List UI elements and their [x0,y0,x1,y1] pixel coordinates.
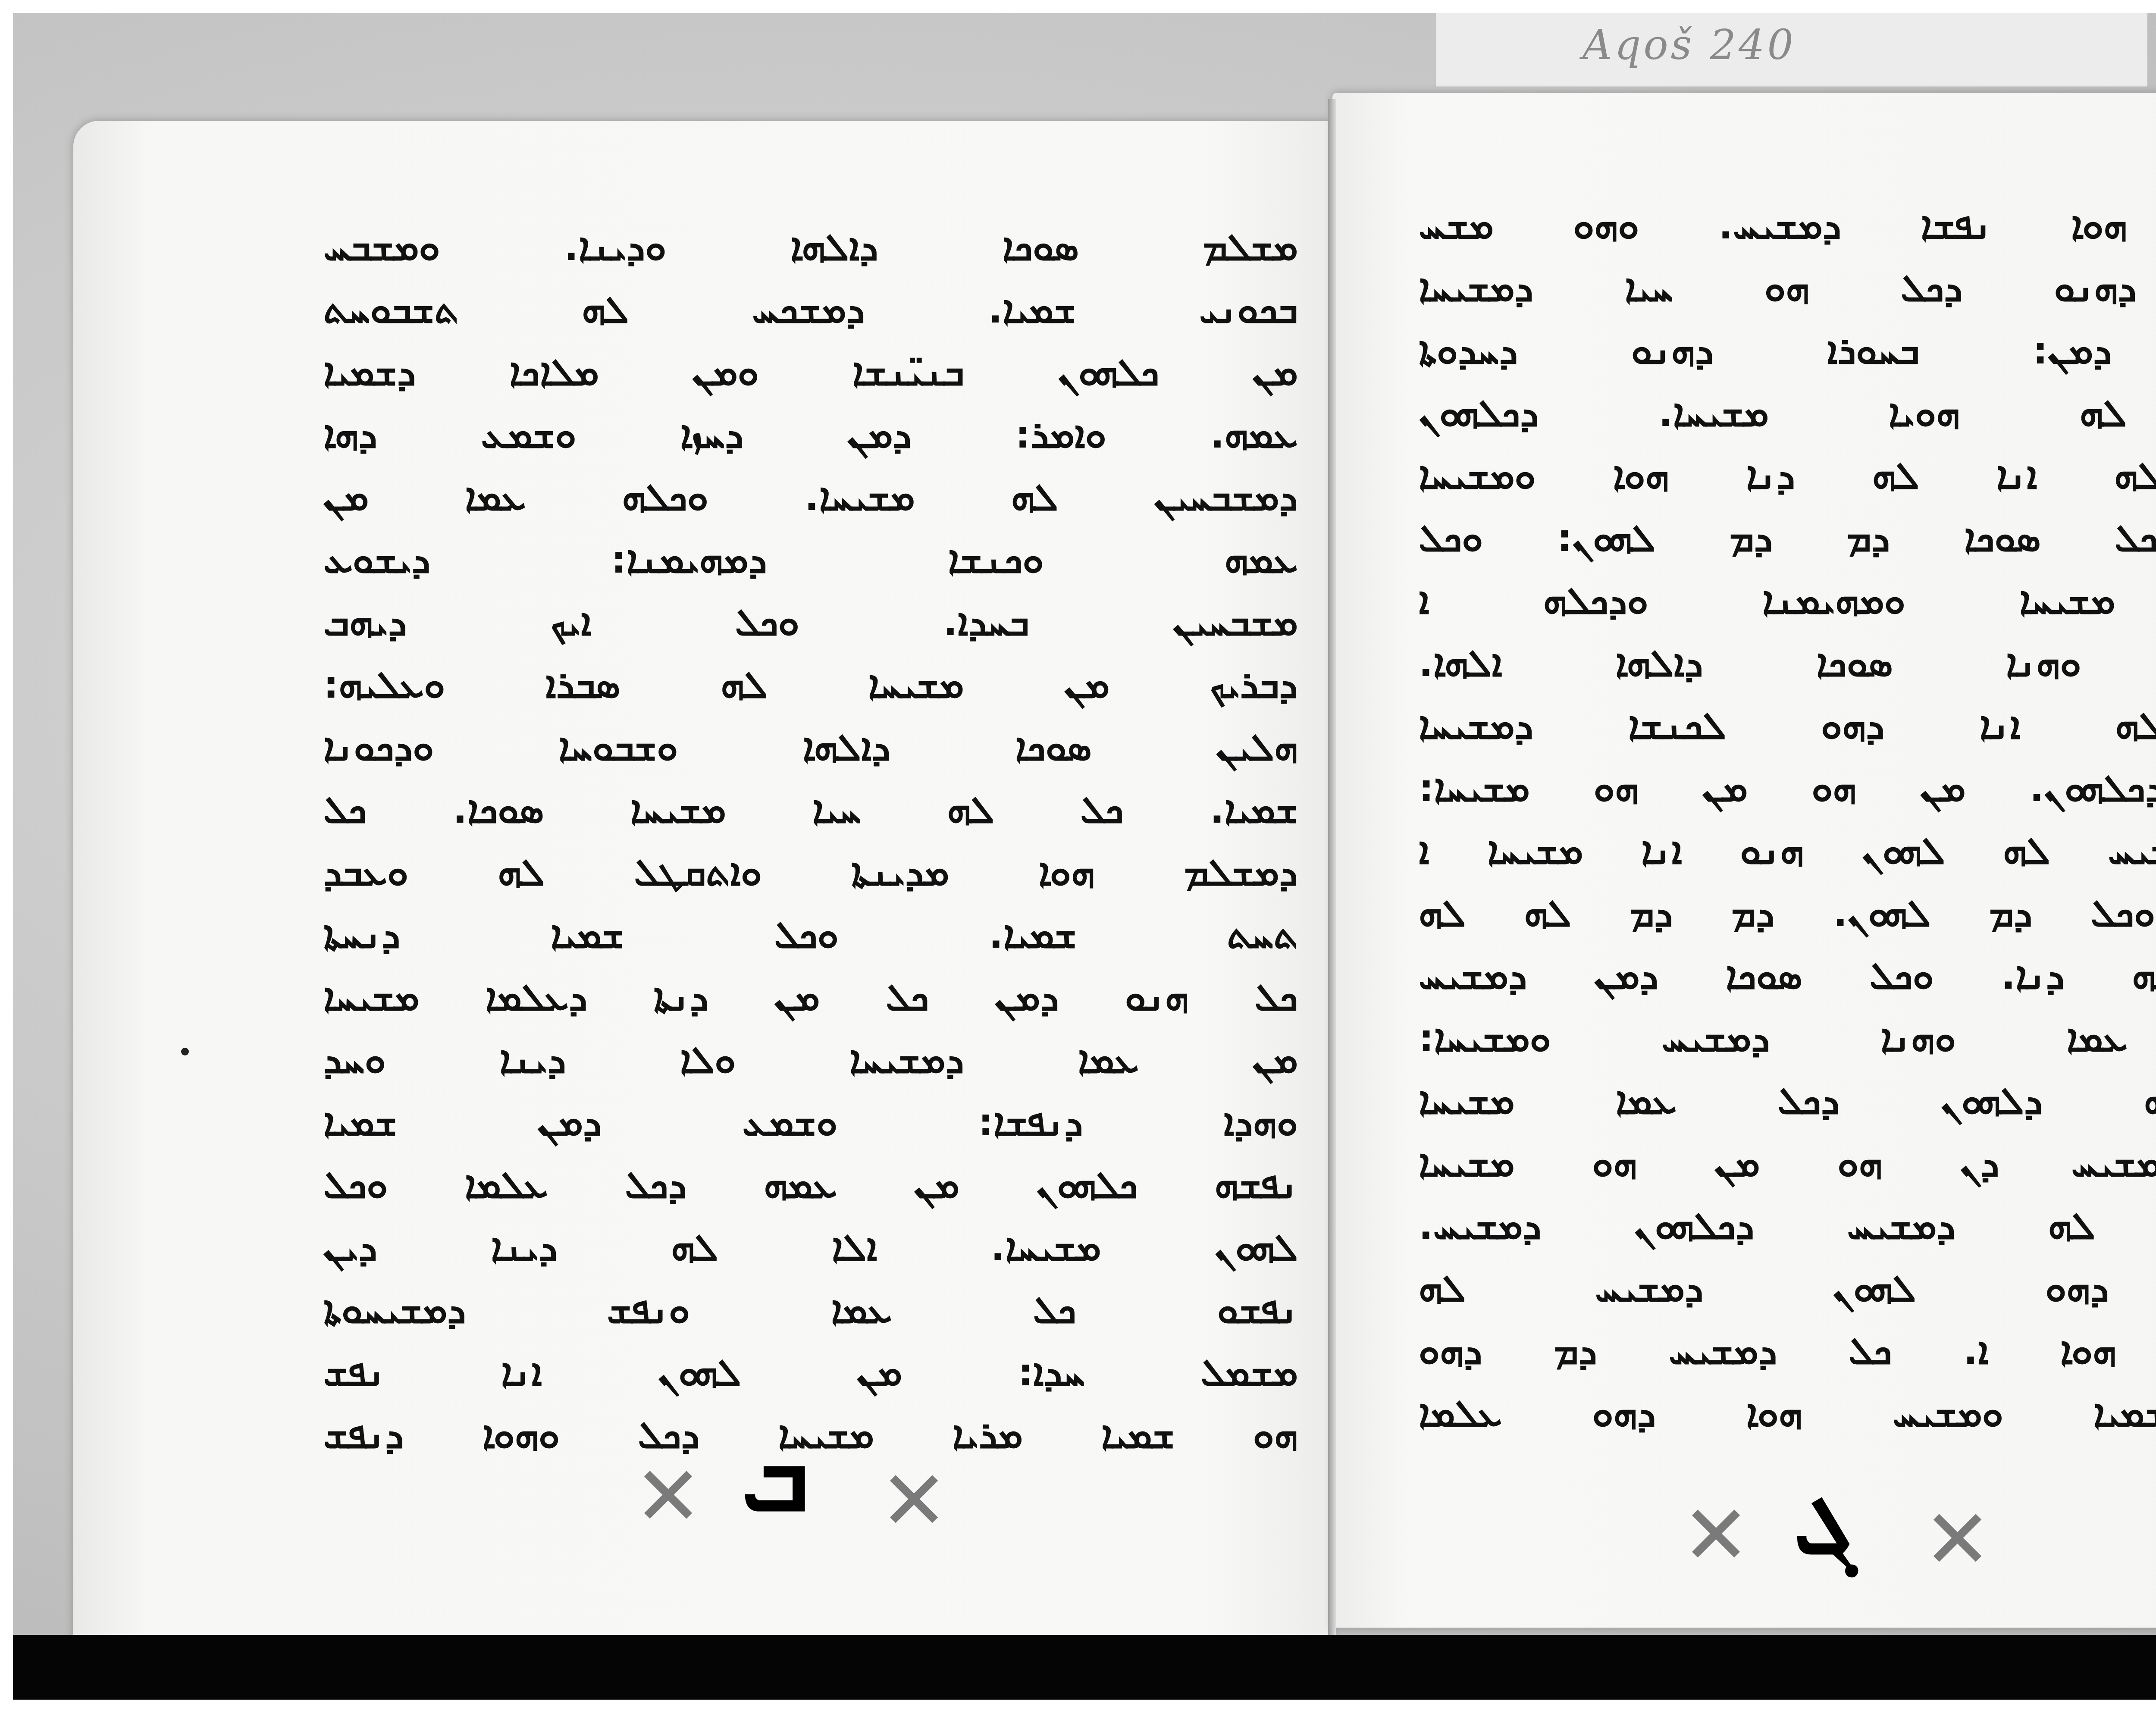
text-line: ܗܠܝܢ ܣܘܟܐ ܕܐܠܗܐ ܘܫܒܘܚܐ ܘܕܟܘܢܐ [323,716,1298,778]
text-line: ܕܡܫܠܡ ܗܘܐ ܡܕܝܢܬܐ ܘܐܬܩܛܠ ܠܗ ܘܥܒܕ [323,841,1298,903]
text-line: ܐ ܠܗ ܕܠܗܘܢ ܕܟܠ ܥܡܐ ܡܫܝܚܐ [1419,1069,2156,1132]
text-line: ܘܟܠ ܕܗܘ ܠܗܘܢ ܕܡܫܝܚ ܠܗ [1419,1257,2156,1319]
text-line: ܗܘ ܫܡܝܐ ܡܪܝܐ ܡܫܝܚܐ ܕܟܠ ܘܗܘܐ ܕܢܦܫ [323,1403,1298,1466]
text-line: ܘܗܘܐ ܕܡܢ: ܒܚܘܪܐ ܕܗܢܘ ܕܚܕܘܬܐ [1419,319,2156,382]
text-line: ܟܠ ܗܢܘ ܕܡܢ ܟܠ ܡܢ ܕܢܬܐ ܕܥܠܡܐ ܡܫܝܚܐ [323,966,1298,1028]
text-line: ܐܠܐ ܕܡܫܝܚ ܕܢ ܗܘ ܡܢ ܗܘ ܡܫܝܚܐ [1419,1132,2156,1194]
text-line: ܡܢ ܫܡܝܐ ܘܡܫܝܚ ܗܘܐ ܕܗܘ ܥܠܡܐ [1419,1382,2156,1444]
text-line: ܫܡܝܐ. ܟܠ ܠܗ ܚܝܐ ܡܫܝܚܐ ܣܘܟܐ. ܟܠ [323,778,1298,841]
text-line: ܡܫܠܡ [1419,1444,2156,1507]
right-page-text: ܡܫܝܚܐ ܗܘܐ ܢܦܫܐ ܕܡܫܝܚ. ܘܗܘ ܡܫܚ ܟܢܫܐ ܕܗܢܘ … [1419,194,2156,1507]
text-line: ܕܡܫܒܚܝܢ ܠܗ ܡܫܝܚܐ. ܘܟܠܗ ܥܡܐ ܡܢ [323,466,1298,528]
text-line: ܕܡܫܝܚܐ ܠܗ ܕܡܫܝܚ ܕܟܠܗܘܢ ܕܡܫܝܚ. [1419,1194,2156,1257]
text-line: ܥܡܗ ܘܟܢܫܐ ܕܡܗܝܡܢܐ: ܕܝܫܘܥ [323,528,1298,591]
ornament-cross-icon: ✕ [634,1449,702,1544]
text-line: ܗܘܐ ܠܗ ܗܘܝܐ ܡܫܝܚܐ. ܕܟܠܗܘܢ [1419,382,2156,444]
text-line: ܡܫܠܡ ܣܘܟܐ ܕܐܠܗܐ ܘܕܝܢܐ. ܘܡܫܒܚ [323,216,1298,278]
left-page-text: ܡܫܠܡ ܣܘܟܐ ܕܐܠܗܐ ܘܕܝܢܐ. ܘܡܫܒܚ ܒܟܘܢܝ ܫܡܝܐ.… [323,216,1298,1466]
right-page-numeral: ܓ [1794,1462,1858,1578]
text-line: ܥܡܗ. ܘܐܡܪ: ܕܡܢ ܕܚܙܐ ܘܫܡܥ ܕܗܐ [323,403,1298,466]
book-gutter [1328,99,1336,1651]
text-line: ܡܢ ܥܡܐ ܕܡܫܝܚܐ ܘܠܐ ܕܝܢܐ ܘܚܕ [323,1028,1298,1091]
text-line: ܡܢ ܟܠܗܘܢ ܒܢܝ̈ܢܫܐ ܘܡܢ ܡܠܐܟܐ ܕܫܡܝܐ [323,341,1298,403]
text-line: ܡܫܝܚܐ ܗܘܐ ܢܦܫܐ ܕܡܫܝܚ. ܘܗܘ ܡܫܚ [1419,194,2156,257]
photo-border-bottom [13,1635,2156,1700]
ornament-cross-icon: ✕ [1682,1488,1750,1583]
text-line: ܢܦܫܘ ܟܠ ܥܡܐ ܘܢܦܫ ܕܡܫܝܚܘܬܐ [323,1278,1298,1341]
text-line: ܟܢܫܐ ܕܗܢܘ ܕܟܠ ܗܘ ܚܝܐ ܕܡܫܝܚܐ [1419,257,2156,319]
text-line: ܘܗܕܐ ܕܢܦܫܐ: ܘܫܡܥ ܕܡܢ ܫܡܝܐ [323,1091,1298,1153]
text-line: ܠܗܘܢ ܡܫܝܚܐ. ܐܠܐ ܠܗ ܕܝܢܐ ܕܝܢ [323,1216,1298,1278]
text-line: ܥܡܗ ܡܫܝܚܐ ܘܡܗܝܡܢܐ ܘܕܟܠܗ ܐ [1419,569,2156,632]
text-line: ܟܢܫܐ. ܘܟܠ ܕܡ ܠܗܘܢ. ܕܡ ܕܡ ܠܗ ܠܗ [1419,882,2156,944]
text-line: ܢܦܫܗ ܟܠܗܘܢ ܡܢ ܥܡܗ ܕܟܠ ܥܠܡܐ ܘܟܠ [323,1153,1298,1216]
text-line: ܕܡܫܝܚ ܘܗܢܐ ܣܘܟܐ ܕܐܠܗܐ ܐܠܗܐ. [1419,632,2156,694]
text-line: ܒܟܘܢܝ ܫܡܝܐ. ܕܡܫܟܚ ܠܗ ܬܫܒܘܚܬ [323,278,1298,341]
manuscript-photo: Aqoš 240 ܡܫܠܡ ܣܘܟܐ ܕܐܠܗܐ ܘܕܝܢܐ. ܘܡܫܒܚ ܒܟ… [13,13,2156,1700]
margin-ink-dot [181,1048,189,1055]
ornament-cross-icon: ✕ [880,1453,948,1548]
text-line: ܬܚܬ ܫܡܝܐ. ܘܟܠ ܫܡܝܐ ܕܢܚܬܐ [323,903,1298,966]
text-line: ܐܠܐ ܠܗ ܐܢܐ ܕܗܘ ܠܟܢܫܐ ܕܡܫܝܚܐ [1419,694,2156,757]
text-line: ܡܫܒܚܝܢ ܒܚܕܐ. ܘܟܠ ܐܝܟ ܕܝܗܒ [323,591,1298,653]
text-line: ܠܗ ܡܫܝܚ ܠܗ ܠܗܘܢ ܗܢܘ ܐܢܐ ܡܫܝܚܐ ܐ [1419,819,2156,882]
text-line: ܘܟܠ ܥܡܐ ܘܗܢܐ ܕܡܫܝܚ ܘܡܫܝܚܐ: [1419,1007,2156,1069]
text-line: ܡܫܡܠ ܚܕܐ: ܡܢ ܠܗܘܢ ܐܢܐ ܢܦܫ [323,1341,1298,1403]
text-line: ܕܡܫܝܚܐ ܗܘܐ ܐ. ܟܠ ܕܡܫܝܚ ܕܡ ܕܗܘ [1419,1319,2156,1382]
ornament-cross-icon: ✕ [1923,1492,1992,1587]
text-line: ܘܟܠ ܠܗ ܐܢܐ ܠܗ ܕܢܐ ܗܘܐ ܘܡܫܝܚܐ [1419,444,2156,507]
left-page-numeral: ܒ [742,1419,809,1535]
text-line: ܗܘܐ. ܟܠ ܣܘܟܐ ܕܡ ܕܡ ܠܗܘܢ: ܘܟܠ [1419,507,2156,569]
text-line: ܗܘܐ ܠܗ ܕܢܐ. ܘܟܠ ܣܘܟܐ ܕܡܢ ܕܡܫܝܚ [1419,944,2156,1007]
text-line: ܟܢܫܐ ܕܟܠܗܘܢ. ܡܢ ܗܘ ܡܢ ܗܘ ܡܫܝܚܐ: [1419,757,2156,819]
text-line: ܕܒܪܝܟ ܡܢ ܡܫܝܚܐ ܠܗ ܣܒܪܐ ܘܥܠܝܗ: [323,653,1298,716]
catalogue-label: Aqoš 240 [1583,22,1796,69]
